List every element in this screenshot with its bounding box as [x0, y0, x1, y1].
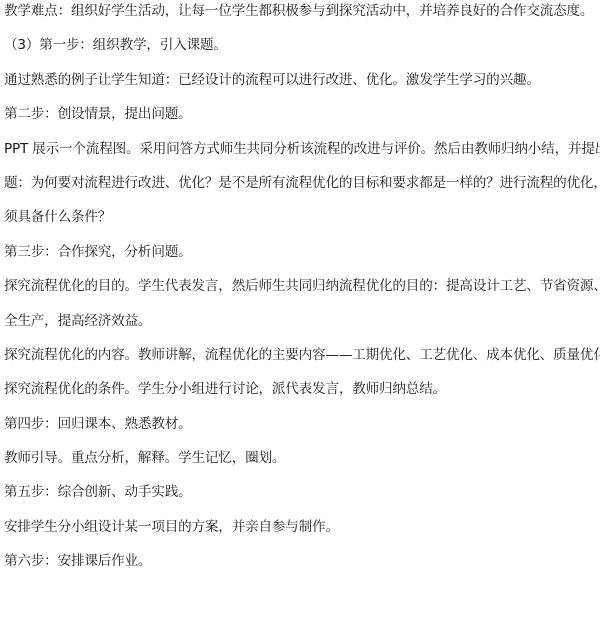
teaching-difficulty-line: 教学难点：组织好学生活动，让每一位学生都积极参与到探究活动中，并培养良好的合作交… — [4, 2, 598, 36]
step-five-heading: 第五步：综合创新、动手实践。 — [4, 483, 598, 517]
document-body: 教学难点：组织好学生活动，让每一位学生都积极参与到探究活动中，并培养良好的合作交… — [4, 2, 598, 587]
optimization-content-paragraph: 探究流程优化的内容。教师讲解，流程优化的主要内容——工期优化、工艺优化、成本优化… — [4, 346, 598, 380]
step-six-heading: 第六步：安排课后作业。 — [4, 552, 598, 586]
step-five-paragraph: 安排学生分小组设计某一项目的方案，并亲自参与制作。 — [4, 518, 598, 552]
step-four-heading: 第四步：回归课本、熟悉教材。 — [4, 415, 598, 449]
step-two-heading: 第二步：创设情景，提出问题。 — [4, 105, 598, 139]
optimization-purpose-line-1: 探究流程优化的目的。学生代表发言，然后师生共同归纳流程优化的目的：提高设计工艺、… — [4, 277, 598, 311]
optimization-conditions-paragraph: 探究流程优化的条件。学生分小组进行讨论，派代表发言，教师归纳总结。 — [4, 380, 598, 414]
step-three-heading: 第三步：合作探究，分析问题。 — [4, 243, 598, 277]
step-four-paragraph: 教师引导。重点分析，解释。学生记忆，圈划。 — [4, 449, 598, 483]
step-two-paragraph-line-2: 题：为何要对流程进行改进、优化？是不是所有流程优化的目标和要求都是一样的？进行流… — [4, 174, 598, 208]
step-two-paragraph-line-3: 须具备什么条件？ — [4, 208, 598, 242]
step-one-heading: （3）第一步：组织教学，引入课题。 — [4, 36, 598, 70]
step-two-paragraph-line-1: PPT 展示一个流程图。采用问答方式师生共同分析该流程的改进与评价。然后由教师归… — [4, 140, 598, 174]
step-one-paragraph: 通过熟悉的例子让学生知道：已经设计的流程可以进行改进、优化。激发学生学习的兴趣。 — [4, 71, 598, 105]
optimization-purpose-line-2: 全生产，提高经济效益。 — [4, 312, 598, 346]
